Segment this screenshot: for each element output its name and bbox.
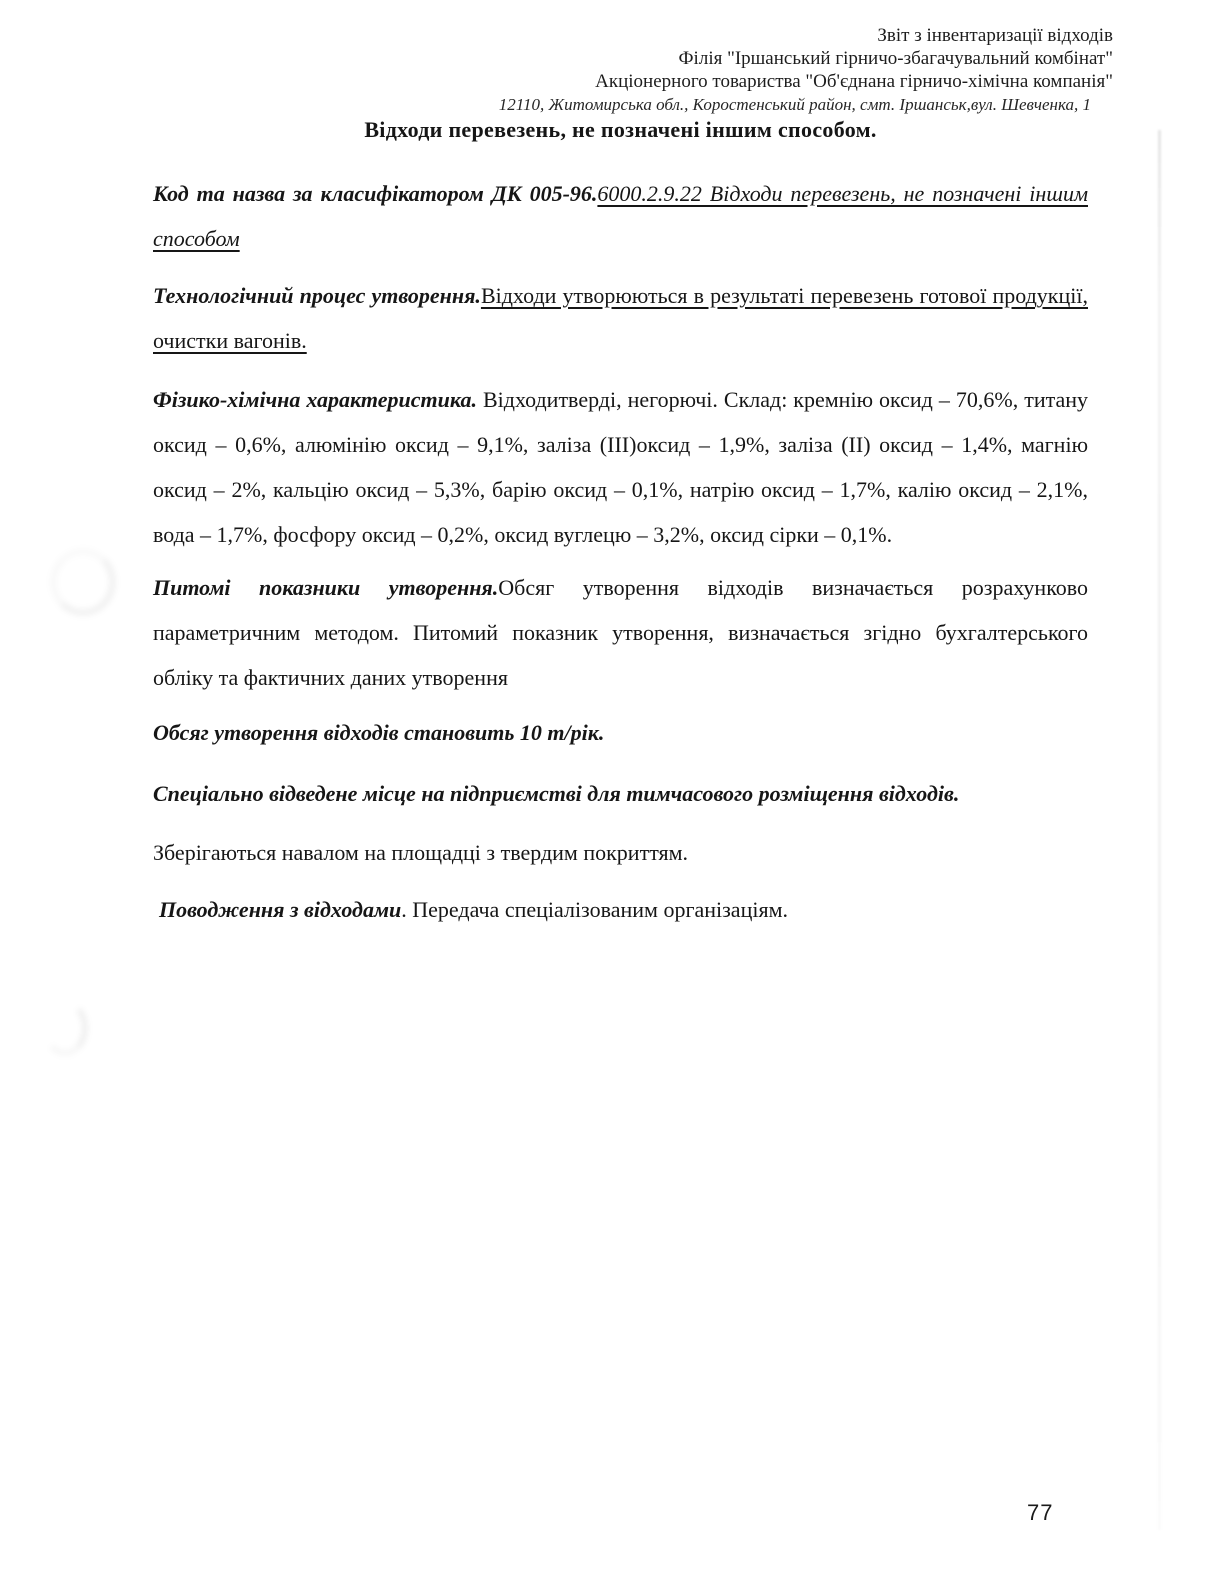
paragraph-classifier-code: Код та назва за класифікатором ДК 005-96… [153,171,1088,261]
process-label: Технологічний процес утворення. [153,283,481,308]
header-branch-name: Філія "Іршанський гірничо-збагачувальний… [499,47,1113,70]
paragraph-storage-description: Зберігаються навалом на площадці з тверд… [153,830,1088,875]
handling-label: Поводження з відходами [159,897,401,922]
scan-artifact-punch-hole-bottom [42,1000,88,1056]
classifier-code-label: Код та назва за класифікатором ДК 005-96… [153,181,597,206]
phys-chem-label: Фізико-хімічна характеристика. [153,387,477,412]
scan-artifact-vertical-line [1158,130,1161,1530]
header-company-name: Акціонерного товариства "Об'єднана гірни… [499,70,1113,93]
page-number: 77 [1027,1500,1053,1526]
paragraph-volume: Обсяг утворення відходів становить 10 т/… [153,710,1088,755]
paragraph-storage-place: Спеціально відведене місце на підприємст… [153,771,1088,816]
handling-value: . Передача спеціалізованим організаціям. [401,897,788,922]
paragraph-process: Технологічний процес утворення.Відходи у… [153,273,1088,363]
paragraph-phys-chem: Фізико-хімічна характеристика. Відходитв… [153,377,1088,557]
header-report-title: Звіт з інвентаризації відходів [499,24,1113,47]
scan-artifact-punch-hole-top [50,548,116,616]
paragraph-handling: Поводження з відходами. Передача спеціал… [153,887,1088,932]
page-title: Відходи перевезень, не позначені іншим с… [153,115,1088,145]
header-address: 12110, Житомирська обл., Коростенський р… [499,93,1113,116]
paragraph-specific-indicators: Питомі показники утворення.Обсяг утворен… [153,565,1088,700]
specific-indicators-label: Питомі показники утворення. [153,575,498,600]
report-header: Звіт з інвентаризації відходів Філія "Ір… [499,24,1113,116]
document-body: Відходи перевезень, не позначені іншим с… [153,115,1088,932]
